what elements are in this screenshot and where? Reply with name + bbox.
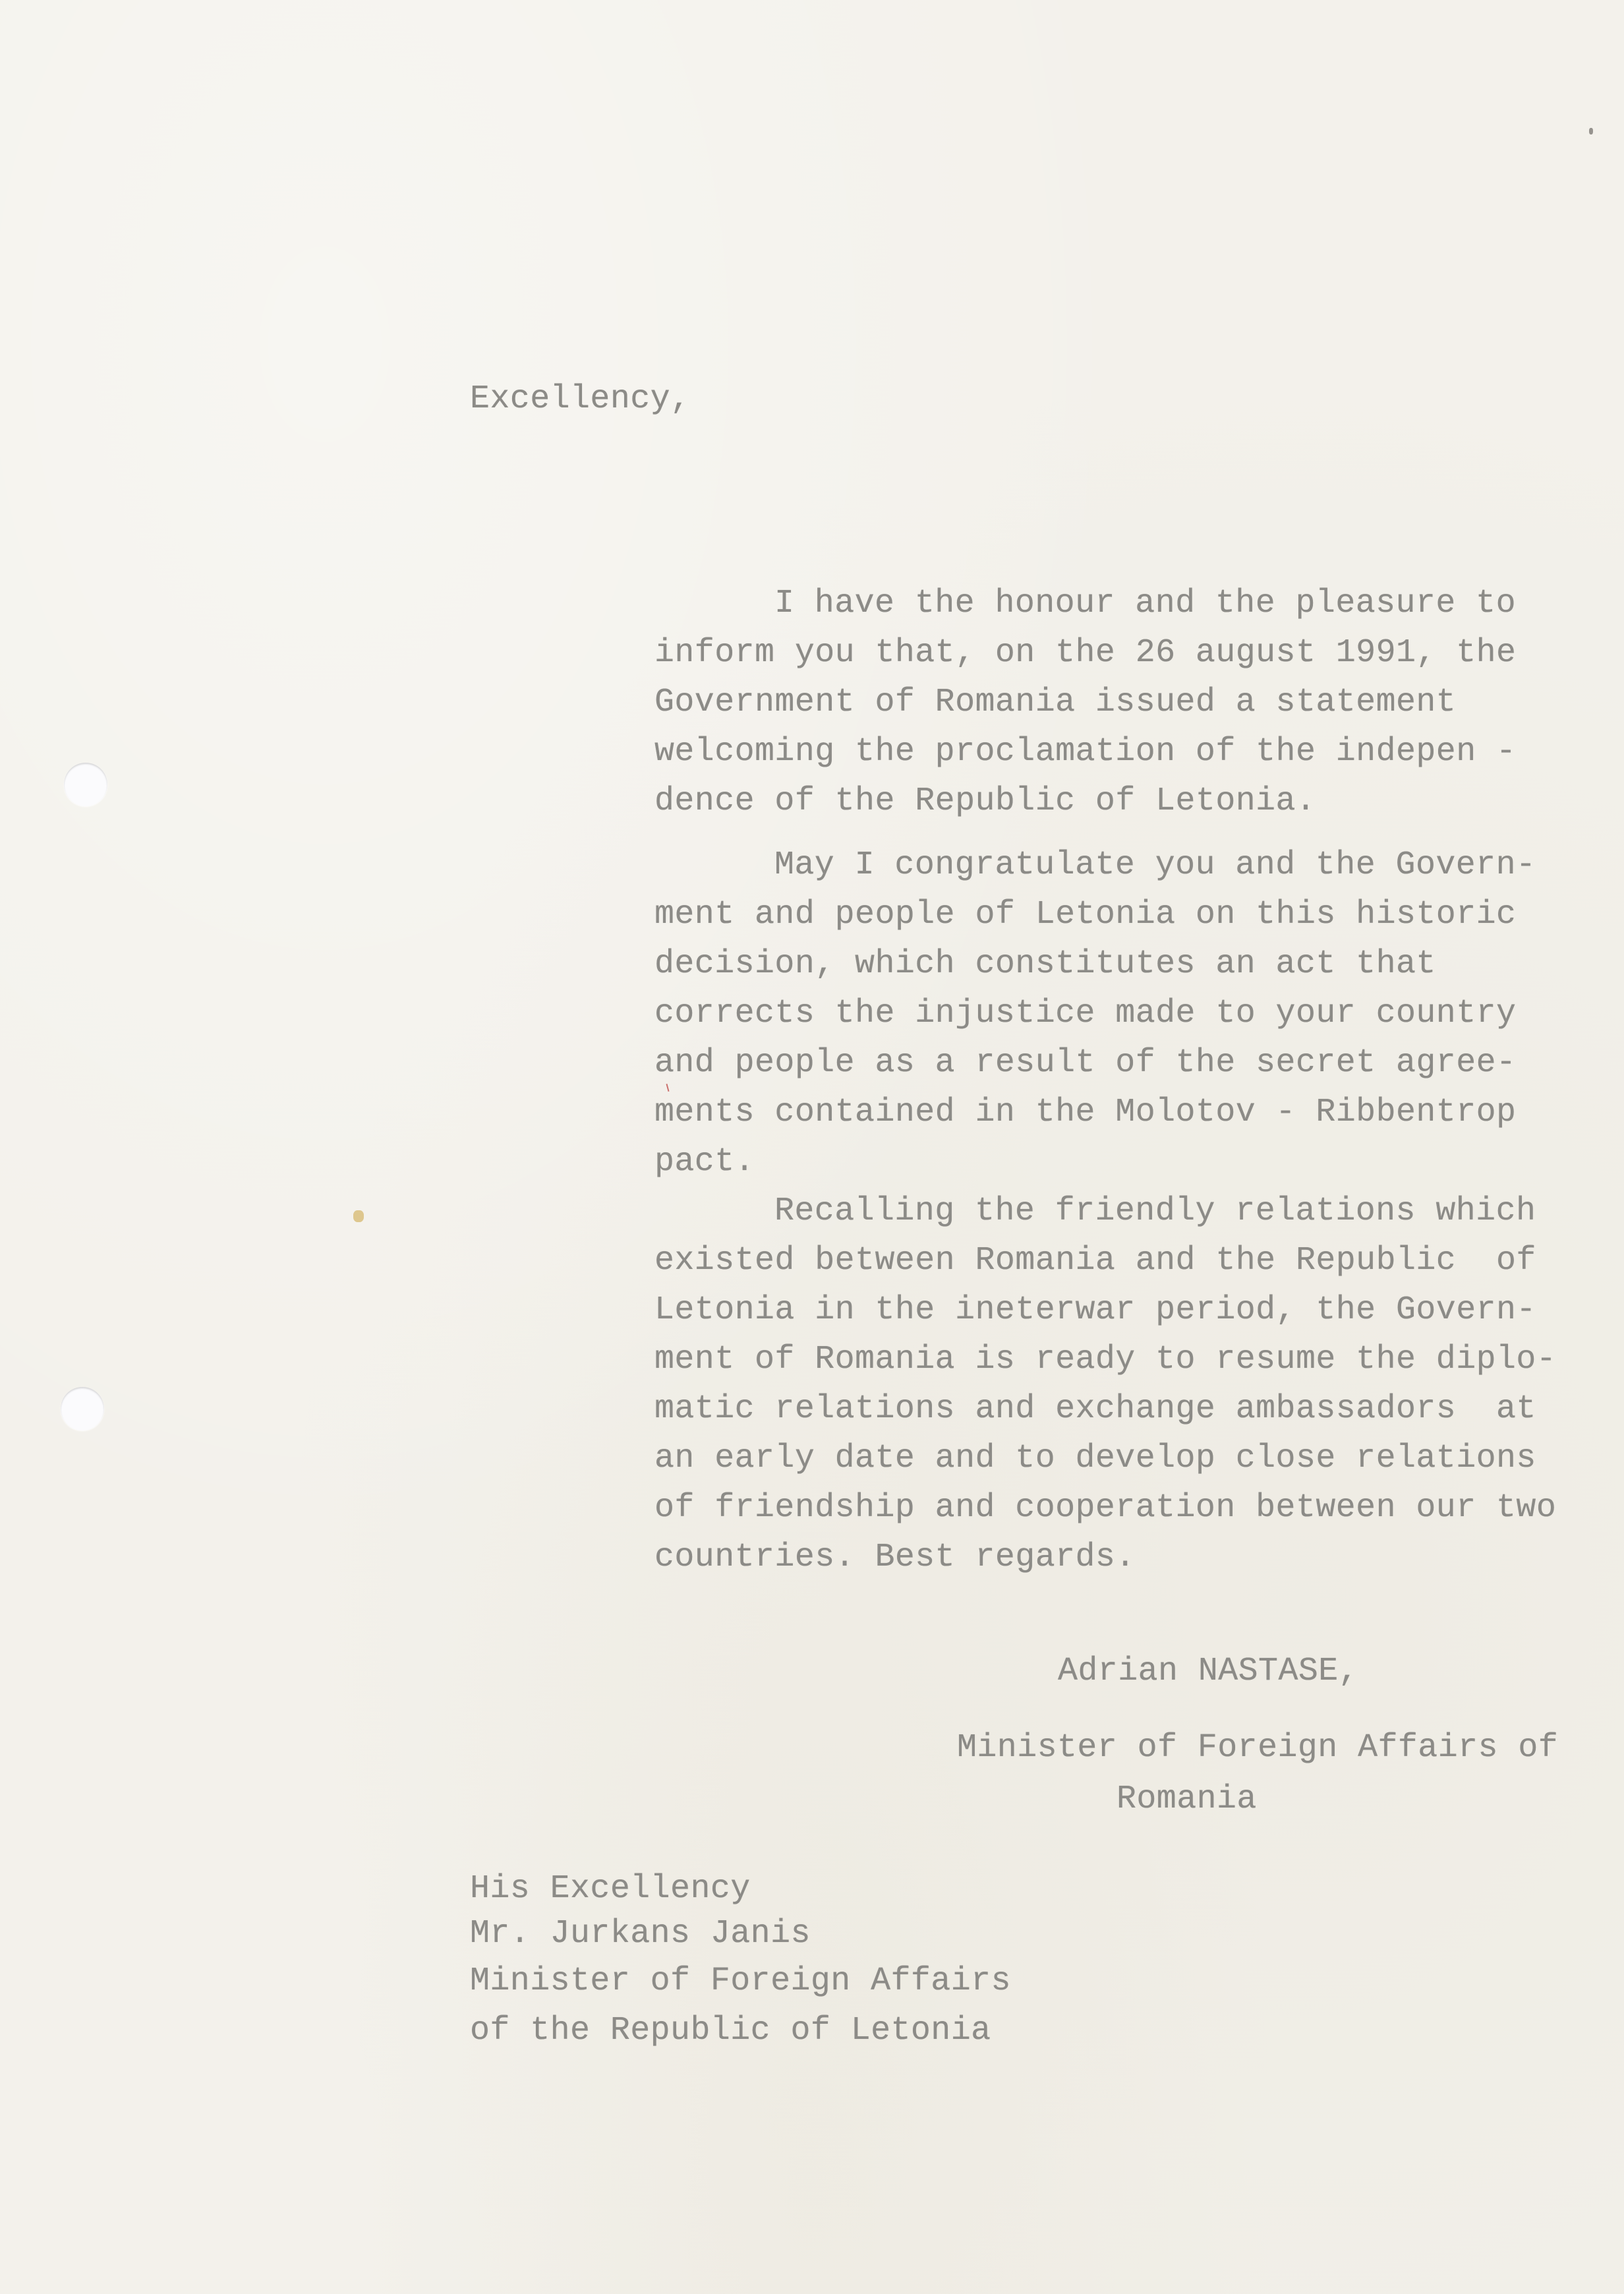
paper-speck xyxy=(1589,128,1593,134)
body-line: dence of the Republic of Letonia. xyxy=(654,777,1604,826)
paragraph-diplomatic-relations: Recalling the friendly relations which e… xyxy=(654,1187,1604,1582)
paragraph-announcement: I have the honour and the pleasure to in… xyxy=(654,579,1604,826)
addressee-line: His Excellency xyxy=(470,1867,1011,1912)
body-line: Recalling the friendly relations which xyxy=(654,1187,1604,1236)
letter-body: I have the honour and the pleasure to in… xyxy=(654,579,1604,1582)
addressee-line: Mr. Jurkans Janis xyxy=(470,1912,1011,1956)
body-line: inform you that, on the 26 august 1991, … xyxy=(654,628,1604,678)
signature-title: Minister of Foreign Affairs of xyxy=(957,1723,1558,1773)
signature-name: Adrian NASTASE, xyxy=(1058,1647,1358,1696)
letter-page: Excellency, I have the honour and the pl… xyxy=(0,0,1624,2294)
body-line: welcoming the proclamation of the indepe… xyxy=(654,727,1604,777)
signature-country: Romania xyxy=(1116,1775,1257,1824)
body-line: ments contained in the Molotov - Ribbent… xyxy=(654,1088,1604,1137)
body-line: I have the honour and the pleasure to xyxy=(654,579,1604,628)
punch-hole-top xyxy=(64,763,107,806)
body-line: pact. xyxy=(654,1137,1604,1187)
body-line: ment and people of Letonia on this histo… xyxy=(654,890,1604,939)
addressee-line: Minister of Foreign Affairs xyxy=(470,1956,1011,2006)
addressee-line: of the Republic of Letonia xyxy=(470,2006,1011,2055)
paragraph-congratulations: May I congratulate you and the Govern- m… xyxy=(654,840,1604,1187)
paper-stain xyxy=(353,1210,364,1222)
body-line: an early date and to develop close relat… xyxy=(654,1434,1604,1483)
body-line: matic relations and exchange ambassadors… xyxy=(654,1384,1604,1434)
body-line: ment of Romania is ready to resume the d… xyxy=(654,1335,1604,1384)
addressee-block: His Excellency Mr. Jurkans Janis Ministe… xyxy=(470,1867,1011,2055)
body-line: countries. Best regards. xyxy=(654,1533,1604,1582)
body-line: Government of Romania issued a statement xyxy=(654,678,1604,727)
body-line: and people as a result of the secret agr… xyxy=(654,1038,1604,1088)
body-line: existed between Romania and the Republic… xyxy=(654,1236,1604,1285)
salutation: Excellency, xyxy=(470,374,690,424)
punch-hole-bottom xyxy=(61,1387,104,1430)
body-line: May I congratulate you and the Govern- xyxy=(654,840,1604,890)
body-line: decision, which constitutes an act that xyxy=(654,939,1604,989)
body-line: corrects the injustice made to your coun… xyxy=(654,989,1604,1038)
body-line: of friendship and cooperation between ou… xyxy=(654,1483,1604,1533)
body-line: Letonia in the ineterwar period, the Gov… xyxy=(654,1285,1604,1335)
